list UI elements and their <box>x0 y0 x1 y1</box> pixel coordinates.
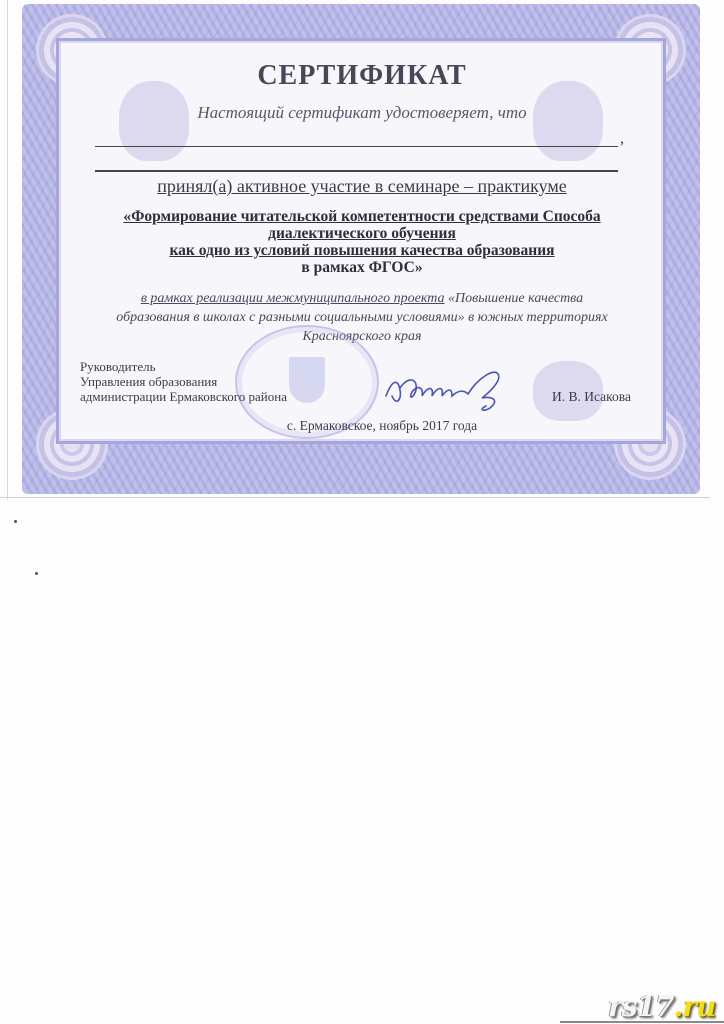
signer-title: Руководитель Управления образования адми… <box>80 359 287 404</box>
certificate-content: СЕРТИФИКАТ Настоящий сертификат удостове… <box>0 0 724 500</box>
project-name-start: «Повышение качества <box>445 291 584 306</box>
project-line: Красноярского края <box>60 327 664 346</box>
seminar-title-line: как одно из условий повышения качества о… <box>60 242 664 259</box>
project-intro: в рамках реализации межмуниципального пр… <box>141 291 445 306</box>
signer-title-line: Руководитель <box>80 359 287 374</box>
signer-title-line: администрации Ермаковского района <box>80 389 287 404</box>
scan-speck <box>14 520 17 523</box>
watermark-domain: .ru <box>673 990 715 1023</box>
recipient-name-line-2 <box>95 170 618 172</box>
certificate-subtitle: Настоящий сертификат удостоверяет, что <box>0 103 724 123</box>
handwritten-signature-icon <box>378 366 528 416</box>
place-and-date: с. Ермаковское, ноябрь 2017 года <box>0 418 724 434</box>
signer-title-line: Управления образования <box>80 374 287 389</box>
watermark-text: rs17 <box>608 990 673 1023</box>
seminar-title-line: «Формирование читательской компетентност… <box>60 208 664 225</box>
project-line: в рамках реализации межмуниципального пр… <box>60 289 664 308</box>
bottom-rule <box>560 1021 724 1023</box>
scan-speck <box>35 572 38 575</box>
recipient-name-line <box>95 146 618 147</box>
coat-of-arms-icon <box>289 357 325 403</box>
signer-name: И. В. Исакова <box>552 389 631 405</box>
project-line: образования в школах с разными социальны… <box>60 308 664 327</box>
site-watermark-logo: rs17.ru <box>608 990 715 1023</box>
seminar-title: «Формирование читательской компетентност… <box>60 208 664 276</box>
participation-text: принял(а) активное участие в семинаре – … <box>0 176 724 197</box>
seminar-title-line: в рамках ФГОС» <box>60 259 664 276</box>
certificate-title: СЕРТИФИКАТ <box>0 60 724 92</box>
seminar-title-line: диалектического обучения <box>60 225 664 242</box>
project-description: в рамках реализации межмуниципального пр… <box>60 289 664 346</box>
name-line-comma: , <box>620 130 624 148</box>
